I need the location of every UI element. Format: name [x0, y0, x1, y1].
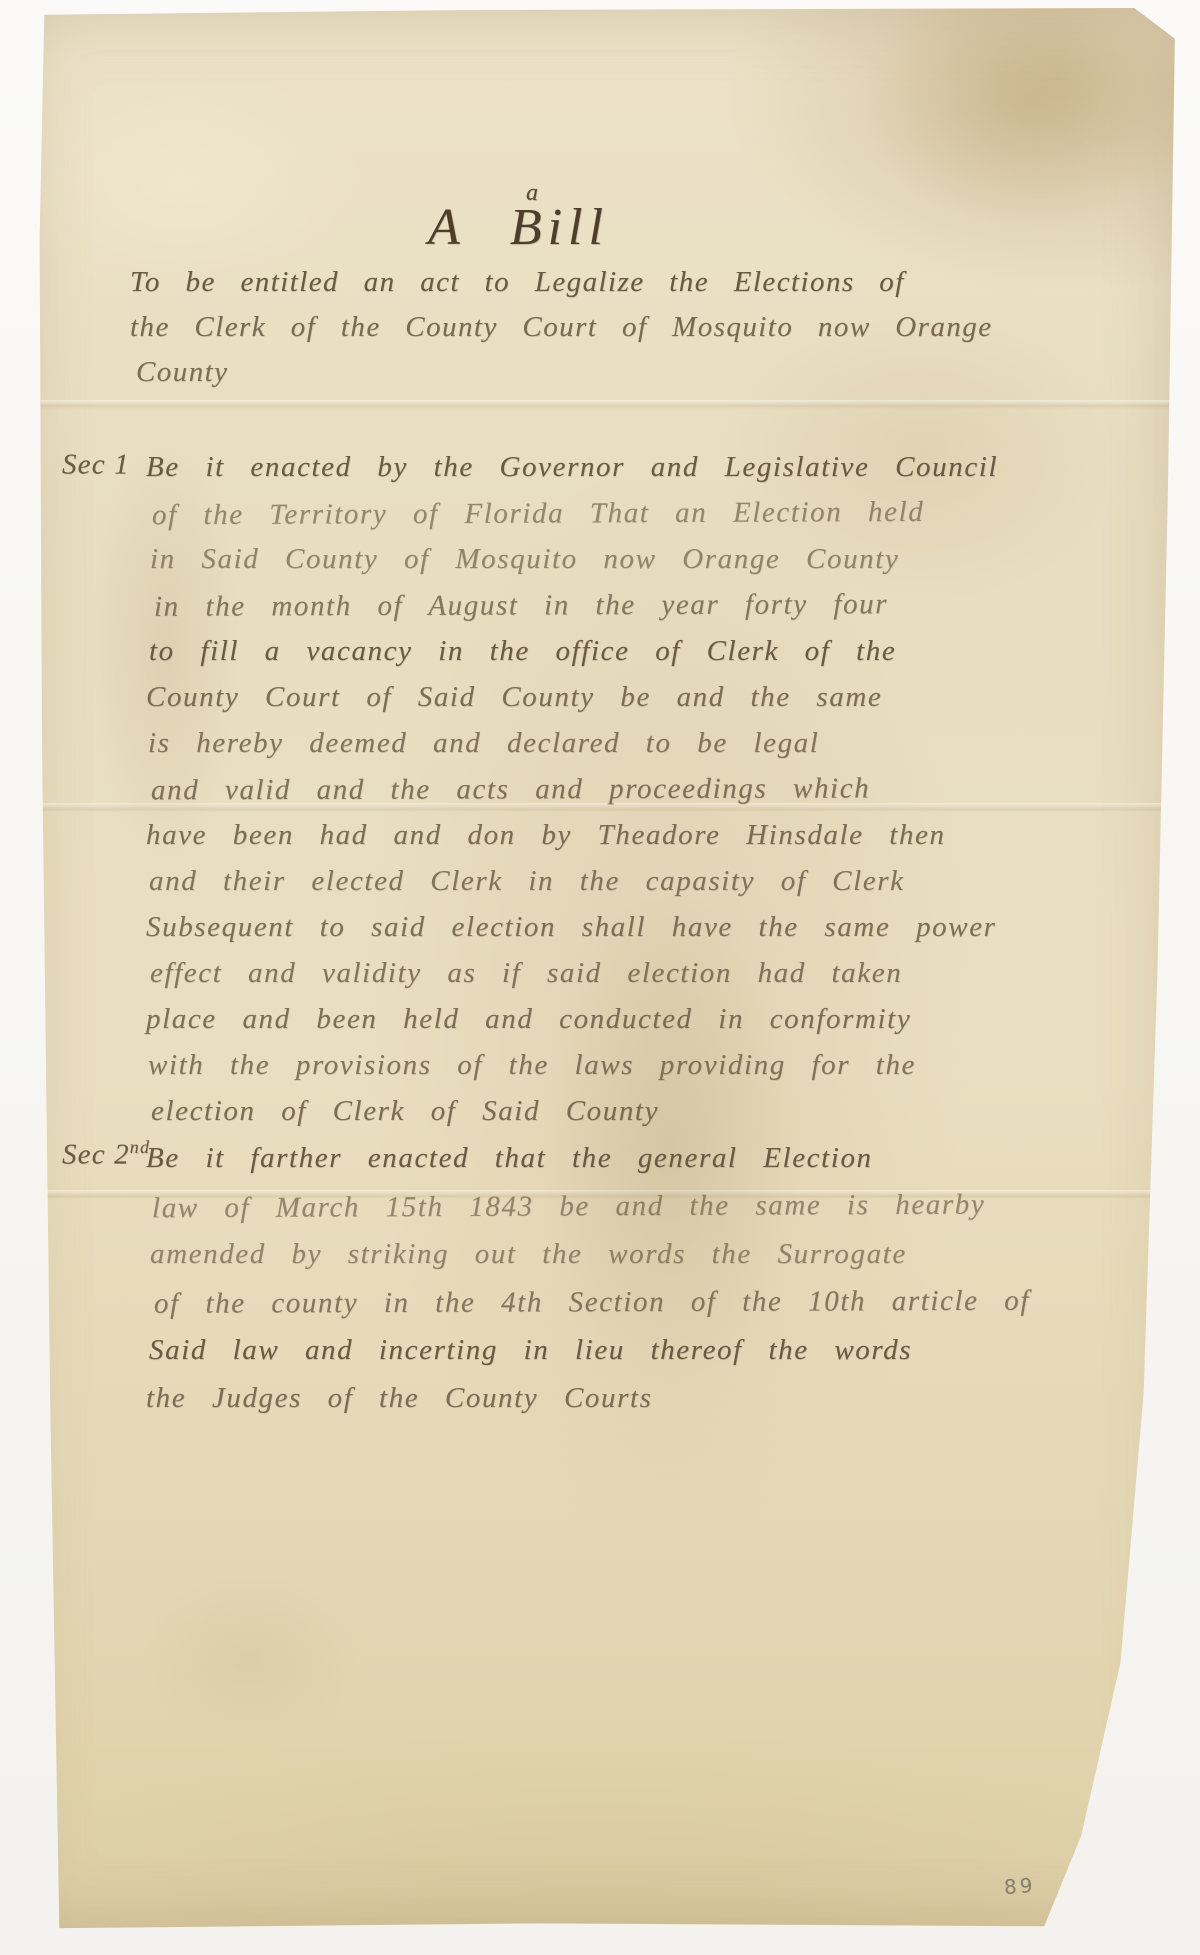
text-line: have been had and don by Theadore Hinsda… [146, 812, 1176, 858]
text-line: to fill a vacancy in the office of Clerk… [149, 628, 1179, 674]
text-line: Said law and incerting in lieu thereof t… [149, 1326, 1179, 1374]
section-1-body: Be it enacted by the Governor and Legisl… [146, 444, 1176, 1134]
text-line: in the month of August in the year forty… [154, 580, 1184, 630]
text-line: in Said County of Mosquito now Orange Co… [150, 536, 1180, 582]
fold-crease [20, 400, 1176, 409]
subtitle-line: To be entitled an act to Legalize the El… [130, 260, 993, 305]
section-1-label: Sec 1 [62, 447, 130, 482]
text-line: amended by striking out the words the Su… [150, 1230, 1180, 1278]
paper-sheet: a A Bill To be entitled an act to Legali… [20, 8, 1176, 1932]
document-subtitle: To be entitled an act to Legalize the El… [130, 260, 993, 395]
text-line: election of Clerk of Said County [151, 1088, 1181, 1134]
text-line: Subsequent to said election shall have t… [146, 904, 1176, 950]
text-line: County Court of Said County be and the s… [146, 674, 1176, 720]
subtitle-line: the Clerk of the County Court of Mosquit… [130, 305, 993, 350]
section-1: Sec 1 Be it enacted by the Governor and … [20, 444, 1176, 1134]
document-title: a A Bill [428, 198, 609, 257]
text-line: and their elected Clerk in the capasity … [149, 858, 1179, 904]
text-line: effect and validity as if said election … [150, 950, 1180, 996]
document-title-text: A Bill [428, 199, 609, 256]
section-2-label: Sec 2nd [62, 1137, 150, 1172]
text-line: place and been held and conducted in con… [146, 996, 1176, 1042]
text-line: and valid and the acts and proceedings w… [151, 765, 1181, 814]
page-number: 89 [1003, 1873, 1036, 1899]
text-line: of the county in the 4th Section of the … [154, 1276, 1184, 1328]
title-annotation: a [526, 180, 538, 207]
text-line: Be it enacted by the Governor and Legisl… [146, 444, 1176, 490]
text-line: law of March 15th 1843 be and the same i… [152, 1180, 1182, 1232]
text-line: of the Territory of Florida That an Elec… [152, 488, 1182, 538]
section-2-label-suffix: nd [130, 1137, 150, 1157]
section-1-label-text: Sec 1 [62, 449, 130, 481]
text-line: is hereby deemed and declared to be lega… [148, 720, 1178, 766]
section-2: Sec 2nd Be it farther enacted that the g… [20, 1134, 1176, 1422]
paper-stain [140, 1568, 360, 1748]
text-line: the Judges of the County Courts [146, 1374, 1176, 1422]
section-2-body: Be it farther enacted that the general E… [146, 1134, 1176, 1422]
subtitle-line: County [136, 350, 999, 395]
scanned-document-page: a A Bill To be entitled an act to Legali… [0, 0, 1200, 1955]
text-line: Be it farther enacted that the general E… [146, 1134, 1176, 1182]
text-line: with the provisions of the laws providin… [148, 1042, 1178, 1088]
section-2-label-text: Sec 2 [62, 1139, 130, 1171]
paper-stain [860, 0, 1200, 228]
